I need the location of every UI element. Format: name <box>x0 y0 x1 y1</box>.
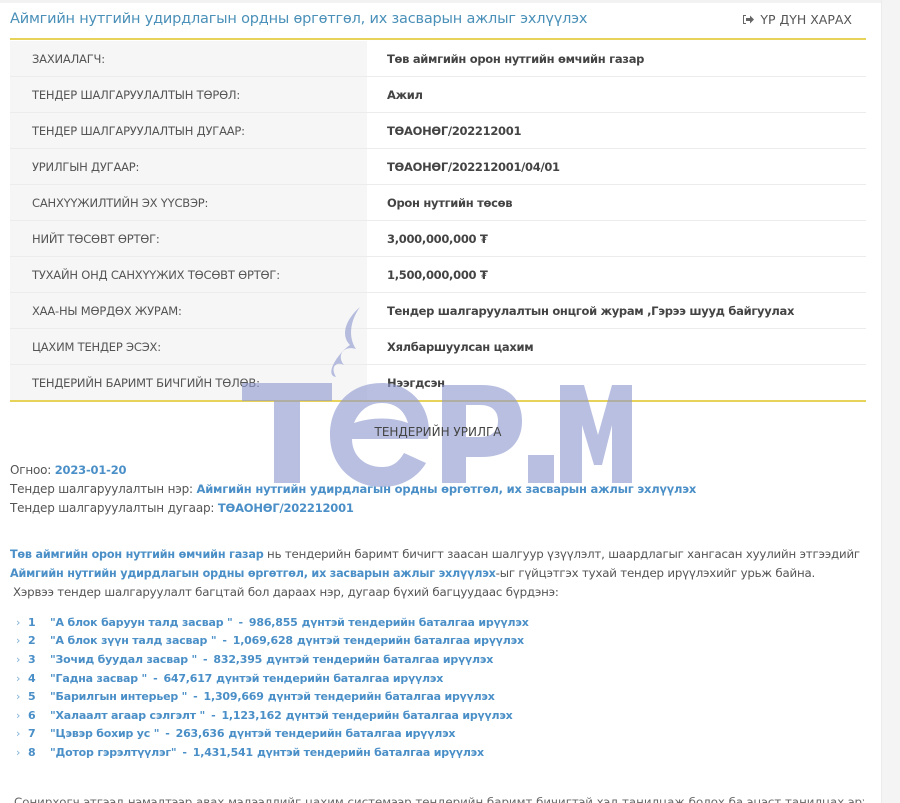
lot-number: 3 <box>28 653 50 666</box>
separator: - <box>182 746 186 759</box>
paragraph-text-2: -ыг гүйцэтгэх тухай тендер ирүүлэхийг ур… <box>496 566 815 580</box>
detail-label: ТУХАЙН ОНД САНХҮҮЖИХ ТӨСӨВТ ӨРТӨГ: <box>10 257 367 292</box>
lot-guarantee-amount: 1,123,162 <box>221 709 281 722</box>
chevron-right-icon: › <box>16 672 28 685</box>
paragraph-text-1: нь тендерийн баримт бичигт заасан шалгуу… <box>264 547 860 561</box>
detail-value: Ажил <box>367 88 866 102</box>
lot-item[interactable]: ›8"Дотор гэрэлтүүлэг"-1,431,541дүнтэй те… <box>16 743 529 762</box>
chevron-right-icon: › <box>16 653 28 666</box>
detail-row: ТЕНДЕР ШАЛГАРУУЛАЛТЫН ТӨРӨЛ:Ажил <box>10 77 866 113</box>
top-rule <box>0 0 882 3</box>
lot-item[interactable]: ›5"Барилгын интерьер "-1,309,669дүнтэй т… <box>16 687 529 706</box>
lots-note: Хэрвээ тендер шалгаруулалт багцтай бол д… <box>10 583 862 602</box>
name-label: Тендер шалгаруулалтын нэр: <box>10 482 193 496</box>
detail-label: ТЕНДЕРИЙН БАРИМТ БИЧГИЙН ТӨЛӨВ: <box>10 365 367 400</box>
detail-row: НИЙТ ТӨСӨВТ ӨРТӨГ:3,000,000,000 ₮ <box>10 221 866 257</box>
detail-value: 3,000,000,000 ₮ <box>367 232 866 246</box>
lot-item[interactable]: ›6"Халаалт агаар сэлгэлт "-1,123,162дүнт… <box>16 706 529 725</box>
lot-suffix: дүнтэй тендерийн баталгаа ирүүлэх <box>297 634 524 647</box>
date-value: 2023-01-20 <box>55 463 127 477</box>
detail-value: Орон нутгийн төсөв <box>367 196 866 210</box>
tender-details-table: ЗАХИАЛАГЧ:Төв аймгийн орон нутгийн өмчий… <box>10 41 866 402</box>
chevron-right-icon: › <box>16 690 28 703</box>
separator: - <box>193 690 197 703</box>
invitation-title: ТЕНДЕРИЙН УРИЛГА <box>0 425 866 439</box>
chevron-right-icon: › <box>16 709 28 722</box>
lot-name: "Барилгын интерьер " <box>50 690 187 703</box>
lot-name: "Халаалт агаар сэлгэлт " <box>50 709 205 722</box>
invitation-number: Тендер шалгаруулалтын дугаар: ТӨАОНӨГ/20… <box>10 501 354 515</box>
lot-guarantee-amount: 1,431,541 <box>193 746 253 759</box>
lot-name: "А блок баруун талд засвар " <box>50 616 233 629</box>
detail-row: ТЕНДЕР ШАЛГАРУУЛАЛТЫН ДУГААР:ТӨАОНӨГ/202… <box>10 113 866 149</box>
lot-number: 2 <box>28 634 50 647</box>
lot-suffix: дүнтэй тендерийн баталгаа ирүүлэх <box>257 746 484 759</box>
detail-value: Нээгдсэн <box>367 376 866 390</box>
detail-value: ТӨАОНӨГ/202212001 <box>367 124 866 138</box>
invitation-paragraph: Төв аймгийн орон нутгийн өмчийн газар нь… <box>10 545 862 602</box>
lot-item[interactable]: ›7"Цэвэр бохир ус "-263,636дүнтэй тендер… <box>16 725 529 744</box>
detail-label: НИЙТ ТӨСӨВТ ӨРТӨГ: <box>10 221 367 256</box>
lot-name: "Зочид буудал засвар " <box>50 653 197 666</box>
separator: - <box>165 727 169 740</box>
lot-guarantee-amount: 1,309,669 <box>204 690 264 703</box>
lot-number: 1 <box>28 616 50 629</box>
detail-value: Төв аймгийн орон нутгийн өмчийн газар <box>367 52 866 66</box>
lot-number: 8 <box>28 746 50 759</box>
detail-label: ХАА-НЫ МӨРДӨХ ЖУРАМ: <box>10 293 367 328</box>
lot-guarantee-amount: 832,395 <box>213 653 262 666</box>
chevron-right-icon: › <box>16 727 28 740</box>
detail-row: ХАА-НЫ МӨРДӨХ ЖУРАМ:Тендер шалгаруулалты… <box>10 293 866 329</box>
number-label: Тендер шалгаруулалтын дугаар: <box>10 501 214 515</box>
lot-item[interactable]: ›2"А блок зүүн талд засвар "-1,069,628дү… <box>16 632 529 651</box>
lot-suffix: дүнтэй тендерийн баталгаа ирүүлэх <box>266 653 493 666</box>
lot-number: 4 <box>28 672 50 685</box>
detail-label: ТЕНДЕР ШАЛГАРУУЛАЛТЫН ДУГААР: <box>10 113 367 148</box>
invitation-date: Огноо: 2023-01-20 <box>10 463 126 477</box>
separator: - <box>153 672 157 685</box>
lot-suffix: дүнтэй тендерийн баталгаа ирүүлэх <box>286 709 513 722</box>
detail-label: ЗАХИАЛАГЧ: <box>10 41 367 76</box>
page-title: Аймгийн нутгийн удирдлагын ордны өргөтгө… <box>10 11 587 27</box>
chevron-right-icon: › <box>16 634 28 647</box>
view-results-link[interactable]: ҮР ДҮН ХАРАХ <box>742 12 852 27</box>
detail-label: УРИЛГЫН ДУГААР: <box>10 149 367 184</box>
lot-list: ›1"А блок баруун талд засвар "-986,855дү… <box>16 613 529 762</box>
detail-label: САНХҮҮЖИЛТИЙН ЭХ ҮҮСВЭР: <box>10 185 367 220</box>
lot-name: "Гадна засвар " <box>50 672 147 685</box>
lot-guarantee-amount: 986,855 <box>249 616 298 629</box>
separator: - <box>211 709 215 722</box>
lot-name: "Цэвэр бохир ус " <box>50 727 159 740</box>
page-header: Аймгийн нутгийн удирдлагын ордны өргөтгө… <box>10 8 866 40</box>
lot-suffix: дүнтэй тендерийн баталгаа ирүүлэх <box>228 727 455 740</box>
invitation-title-text: ТЕНДЕРИЙН УРИЛГА <box>375 425 502 439</box>
lot-item[interactable]: ›1"А блок баруун талд засвар "-986,855дү… <box>16 613 529 632</box>
chevron-right-icon: › <box>16 616 28 629</box>
lot-number: 7 <box>28 727 50 740</box>
detail-value: ТӨАОНӨГ/202212001/04/01 <box>367 160 866 174</box>
lot-name: "А блок зүүн талд засвар " <box>50 634 216 647</box>
detail-row: ЗАХИАЛАГЧ:Төв аймгийн орон нутгийн өмчий… <box>10 41 866 77</box>
sign-in-arrow-icon <box>742 14 755 25</box>
lot-suffix: дүнтэй тендерийн баталгаа ирүүлэх <box>268 690 495 703</box>
detail-row: УРИЛГЫН ДУГААР:ТӨАОНӨГ/202212001/04/01 <box>10 149 866 185</box>
detail-value: 1,500,000,000 ₮ <box>367 268 866 282</box>
lot-number: 6 <box>28 709 50 722</box>
detail-label: ЦАХИМ ТЕНДЕР ЭСЭХ: <box>10 329 367 364</box>
lot-item[interactable]: ›4"Гадна засвар "-647,617дүнтэй тендерий… <box>16 669 529 688</box>
scrollbar-gutter[interactable] <box>881 0 900 803</box>
detail-value: Хялбаршуулсан цахим <box>367 340 866 354</box>
separator: - <box>239 616 243 629</box>
lot-name: "Дотор гэрэлтүүлэг" <box>50 746 176 759</box>
procuring-entity: Төв аймгийн орон нутгийн өмчийн газар <box>10 548 264 561</box>
lot-guarantee-amount: 647,617 <box>163 672 212 685</box>
lot-item[interactable]: ›3"Зочид буудал засвар "-832,395дүнтэй т… <box>16 650 529 669</box>
invitation-name: Тендер шалгаруулалтын нэр: Аймгийн нутги… <box>10 482 696 496</box>
lot-guarantee-amount: 1,069,628 <box>233 634 293 647</box>
detail-row: ЦАХИМ ТЕНДЕР ЭСЭХ:Хялбаршуулсан цахим <box>10 329 866 365</box>
footer-text: Сонирхогч этгээд нэмэлтээр авах мэдээлли… <box>14 795 864 803</box>
separator: - <box>222 634 226 647</box>
detail-value: Тендер шалгаруулалтын онцгой журам ,Гэрэ… <box>367 304 866 318</box>
number-value: ТӨАОНӨГ/202212001 <box>218 501 354 515</box>
lot-suffix: дүнтэй тендерийн баталгаа ирүүлэх <box>216 672 443 685</box>
date-label: Огноо: <box>10 463 51 477</box>
lot-suffix: дүнтэй тендерийн баталгаа ирүүлэх <box>302 616 529 629</box>
detail-row: САНХҮҮЖИЛТИЙН ЭХ ҮҮСВЭР:Орон нутгийн төс… <box>10 185 866 221</box>
separator: - <box>203 653 207 666</box>
lot-number: 5 <box>28 690 50 703</box>
view-results-label: ҮР ДҮН ХАРАХ <box>760 12 852 27</box>
chevron-right-icon: › <box>16 746 28 759</box>
detail-label: ТЕНДЕР ШАЛГАРУУЛАЛТЫН ТӨРӨЛ: <box>10 77 367 112</box>
project-name: Аймгийн нутгийн удирдлагын ордны өргөтгө… <box>10 567 496 580</box>
name-value: Аймгийн нутгийн удирдлагын ордны өргөтгө… <box>197 482 697 496</box>
detail-row: ТУХАЙН ОНД САНХҮҮЖИХ ТӨСӨВТ ӨРТӨГ:1,500,… <box>10 257 866 293</box>
lot-guarantee-amount: 263,636 <box>176 727 225 740</box>
detail-row: ТЕНДЕРИЙН БАРИМТ БИЧГИЙН ТӨЛӨВ:Нээгдсэн <box>10 365 866 400</box>
